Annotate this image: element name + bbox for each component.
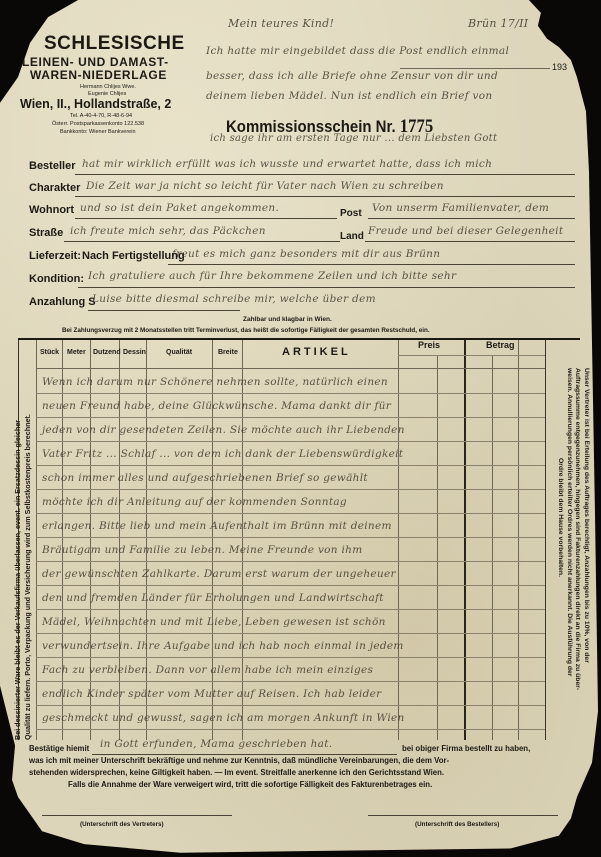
firm-owner-1: Hermann Chlijes Wwe. bbox=[80, 84, 136, 90]
firm-bank: Bankkonto: Wiener Bankverein bbox=[60, 129, 136, 135]
col-divider bbox=[518, 340, 519, 740]
confirmation-line-2: was ich mit meiner Unterschrift bekräfti… bbox=[29, 756, 449, 765]
table-row: verwundertsein. Ihre Aufgabe und ich hab… bbox=[42, 640, 404, 652]
field-fixed-lieferzeit: Nach Fertigstellung bbox=[82, 250, 185, 262]
field-line bbox=[365, 241, 575, 242]
col-header-stueck: Stück bbox=[40, 349, 59, 356]
table-row: endlich Kinder später vom Mutter auf Rei… bbox=[42, 688, 381, 700]
handwritten-date: Brün 17/II bbox=[468, 17, 528, 30]
field-line bbox=[75, 196, 575, 197]
table-row: Vater Fritz ... Schlaf ... von dem ich d… bbox=[42, 448, 403, 460]
signature-line-customer bbox=[368, 815, 558, 816]
table-row: Mädel, Weihnachten und mit Liebe, Leben … bbox=[42, 616, 386, 628]
document-paper: SCHLESISCHE LEINEN- UND DAMAST- WAREN-NI… bbox=[0, 0, 601, 857]
terms-default-clause: Bei Zahlungsverzug mit 2 Monatsstellen t… bbox=[62, 327, 430, 334]
signature-label-representative: (Unterschrift des Vertreters) bbox=[80, 821, 164, 828]
row-rule bbox=[36, 633, 545, 634]
row-rule bbox=[36, 729, 545, 730]
field-line bbox=[88, 310, 240, 311]
left-side-note: Bei dessinierter Ware bleibt es der Verk… bbox=[13, 414, 33, 740]
terms-payable: Zahlbar und klagbar in Wien. bbox=[243, 316, 332, 323]
table-row: möchte ich dir Anleitung auf der kommend… bbox=[42, 496, 347, 508]
table-row: neuen Freund habe, deine Glückwünsche. M… bbox=[42, 400, 391, 412]
field-value-besteller[interactable]: hat mir wirklich erfüllt was ich wusste … bbox=[82, 158, 492, 170]
row-rule bbox=[36, 561, 545, 562]
field-label-anzahlung: Anzahlung S bbox=[29, 296, 96, 308]
field-line bbox=[368, 218, 575, 219]
field-line bbox=[75, 218, 337, 219]
confirmation-prefix: Bestätige hiemit bbox=[29, 744, 89, 753]
price-subheader-rule bbox=[398, 355, 545, 356]
row-rule bbox=[36, 681, 545, 682]
firm-postal-account: Österr. Postsparkassenkonto 122.538 bbox=[52, 121, 144, 127]
left-side-note-line: Bei dessinierter Ware bleibt es der Verk… bbox=[13, 414, 23, 740]
field-line bbox=[78, 287, 575, 288]
field-line bbox=[75, 174, 575, 175]
firm-subtitle-1: LEINEN- UND DAMAST- bbox=[22, 55, 169, 69]
date-line bbox=[400, 68, 550, 69]
col-header-artikel: ARTIKEL bbox=[282, 346, 351, 358]
table-right-border bbox=[545, 340, 546, 740]
col-header-qualitaet: Qualität bbox=[166, 349, 192, 356]
row-rule bbox=[36, 417, 545, 418]
col-header-betrag: Betrag bbox=[486, 340, 515, 350]
row-rule bbox=[36, 657, 545, 658]
confirmation-line bbox=[92, 754, 397, 755]
firm-address: Wien, II., Hollandstraße, 2 bbox=[20, 97, 171, 111]
field-value-kondition[interactable]: Ich gratuliere auch für Ihre bekommene Z… bbox=[88, 270, 456, 282]
document-title: Kommissionsschein Nr. 1775 bbox=[226, 116, 433, 138]
confirmation-line-3: stehenden widersprechen, keine Giltigkei… bbox=[29, 768, 444, 777]
handwritten-line: deinem lieben Mädel. Nun ist endlich ein… bbox=[206, 90, 492, 102]
col-header-breite: Breite bbox=[218, 349, 238, 356]
col-divider-bold bbox=[464, 340, 466, 740]
row-rule bbox=[36, 393, 545, 394]
field-label-land: Land bbox=[340, 231, 364, 242]
handwritten-salutation: Mein teures Kind! bbox=[228, 17, 334, 30]
table-row: Fach zu verbleiben. Dann vor allem habe … bbox=[42, 664, 373, 676]
firm-subtitle-2: WAREN-NIEDERLAGE bbox=[30, 68, 167, 82]
col-header-dutzend: Dutzend bbox=[93, 349, 121, 356]
field-line bbox=[168, 264, 575, 265]
table-row: den und fremden Länder für Erholungen un… bbox=[42, 592, 384, 604]
col-divider bbox=[492, 356, 493, 740]
year-prefix: 193 bbox=[552, 62, 567, 72]
table-row: erlangen. Bitte lieb und mein Aufenthalt… bbox=[42, 520, 392, 532]
field-value-strasse[interactable]: ich freute mich sehr, das Päckchen bbox=[70, 225, 266, 237]
table-row: jeden von dir gesendeten Zeilen. Sie möc… bbox=[42, 424, 405, 436]
field-value-lieferzeit[interactable]: freut es mich ganz besonders mit dir aus… bbox=[172, 248, 440, 260]
firm-name: SCHLESISCHE bbox=[44, 33, 185, 55]
confirmation-suffix: bei obiger Firma bestellt zu haben, bbox=[402, 744, 530, 753]
document-number: 1775 bbox=[400, 116, 433, 137]
right-side-note: Unser Vertreter ist bei Erteilung des Au… bbox=[556, 368, 590, 690]
row-rule bbox=[36, 537, 545, 538]
row-rule bbox=[36, 513, 545, 514]
confirmation-line-4: Falls die Annahme der Ware verweigert wi… bbox=[68, 780, 432, 789]
col-divider bbox=[398, 340, 399, 740]
left-side-note-line: Qualität zu liefern. Porto, Verpackung u… bbox=[23, 414, 33, 740]
right-side-note-line: Unser Vertreter ist bei Erteilung des Au… bbox=[582, 368, 591, 690]
field-value-wohnort[interactable]: und so ist dein Paket angekommen. bbox=[80, 202, 279, 214]
handwritten-line: Ich hatte mir eingebildet dass die Post … bbox=[206, 45, 509, 57]
field-line bbox=[64, 241, 340, 242]
table-row: Bräutigam und Familie zu leben. Meine Fr… bbox=[42, 544, 362, 556]
field-label-post: Post bbox=[340, 208, 362, 219]
firm-phone: Tel. A-40-4-70, R-48-6-94 bbox=[70, 113, 132, 119]
field-label-kondition: Kondition: bbox=[29, 273, 84, 285]
confirmation-handwritten: in Gott erfunden, Mama geschrieben hat. bbox=[100, 738, 332, 750]
table-row: geschmeckt und gewusst, sagen ich am mor… bbox=[42, 712, 405, 724]
row-rule bbox=[36, 441, 545, 442]
field-label-charakter: Charakter bbox=[29, 182, 80, 194]
field-label-wohnort: Wohnort bbox=[29, 204, 74, 216]
table-row: schon immer alles und aufgeschriebenen B… bbox=[42, 472, 368, 484]
field-value-anzahlung[interactable]: Luise bitte diesmal schreibe mir, welche… bbox=[92, 293, 376, 305]
field-value-charakter[interactable]: Die Zeit war ja nicht so leicht für Vate… bbox=[86, 180, 444, 192]
field-label-lieferzeit: Lieferzeit: bbox=[29, 250, 81, 262]
signature-line-representative bbox=[42, 815, 232, 816]
field-value-post[interactable]: Von unserm Familienvater, dem bbox=[372, 202, 549, 214]
field-label-strasse: Straße bbox=[29, 227, 63, 239]
row-rule bbox=[36, 465, 545, 466]
col-divider bbox=[36, 340, 37, 740]
right-side-note-line: weisen. Annullierungen persönlich erteil… bbox=[565, 368, 574, 690]
handwritten-line: besser, dass ich alle Briefe ohne Zensur… bbox=[206, 70, 498, 82]
col-header-dessin: Dessin bbox=[123, 349, 146, 356]
row-rule bbox=[36, 609, 545, 610]
title-text: Kommissionsschein bbox=[226, 117, 371, 136]
right-side-note-line: Ordre bleibt dem Hause vorbehalten. bbox=[556, 368, 565, 690]
signature-label-customer: (Unterschrift des Bestellers) bbox=[415, 821, 499, 828]
header-bottom-rule bbox=[36, 368, 545, 369]
col-divider bbox=[437, 356, 438, 740]
field-label-besteller: Besteller bbox=[29, 160, 75, 172]
row-rule bbox=[36, 489, 545, 490]
field-value-land[interactable]: Freude und bei dieser Gelegenheit bbox=[368, 225, 563, 237]
number-label: Nr. bbox=[376, 117, 396, 136]
col-header-meter: Meter bbox=[67, 349, 86, 356]
row-rule bbox=[36, 705, 545, 706]
table-row: Wenn ich darum nur Schönere nehmen sollt… bbox=[42, 376, 388, 388]
col-header-preis: Preis bbox=[418, 340, 440, 350]
table-row: der gewünschten Zahlkarte. Darum erst wa… bbox=[42, 568, 396, 580]
row-rule bbox=[36, 585, 545, 586]
right-side-note-line: Auftragssumme entgegenzunehmen, hingegen… bbox=[573, 368, 582, 690]
